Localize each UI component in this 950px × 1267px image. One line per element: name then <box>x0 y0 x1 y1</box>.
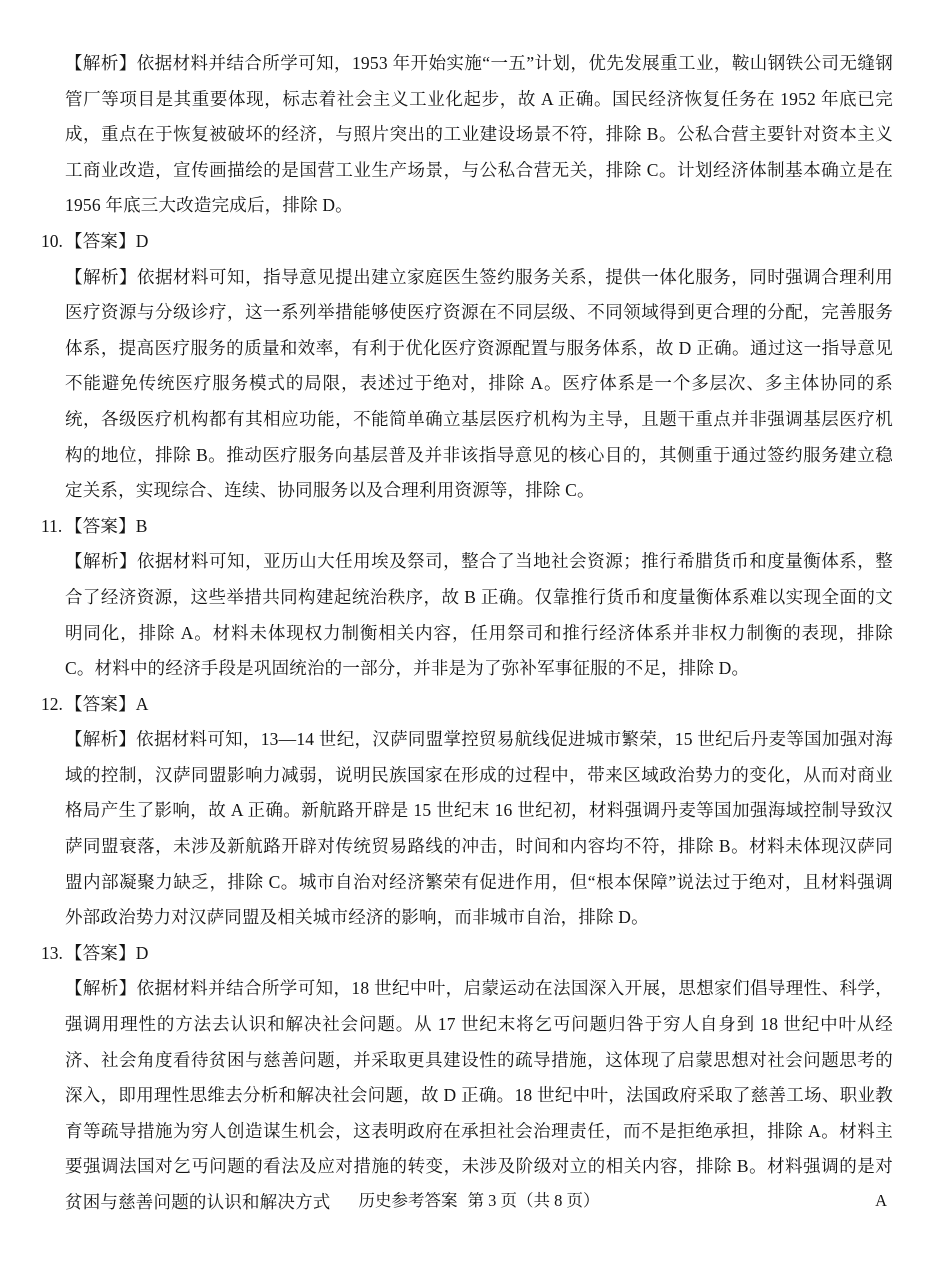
item-number: 12. <box>41 687 63 723</box>
footer-page-info: 历史参考答案第 3 页（共 8 页） <box>65 1186 893 1216</box>
answer-line: 【答案】A <box>65 687 893 723</box>
answer-item-13: 13. 【答案】D 【解析】依据材料并结合所学可知，18 世纪中叶，启蒙运动在法… <box>65 936 893 1221</box>
item-number: 13. <box>41 936 63 972</box>
content-area: 【解析】依据材料并结合所学可知，1953 年开始实施“一五”计划，优先发展重工业… <box>65 46 893 1221</box>
answer-item-10: 10. 【答案】D 【解析】依据材料可知，指导意见提出建立家庭医生签约服务关系，… <box>65 224 893 509</box>
paper-version-letter: A <box>875 1186 887 1216</box>
footer-page-indicator: 第 3 页（共 8 页） <box>468 1191 600 1210</box>
analysis-continuation-paragraph: 【解析】依据材料并结合所学可知，1953 年开始实施“一五”计划，优先发展重工业… <box>65 46 893 224</box>
answer-line: 【答案】B <box>65 509 893 545</box>
item-number: 10. <box>41 224 63 260</box>
analysis-paragraph: 【解析】依据材料可知，13—14 世纪，汉萨同盟掌控贸易航线促进城市繁荣，15 … <box>65 722 893 936</box>
footer-doc-title: 历史参考答案 <box>359 1191 458 1210</box>
answer-line: 【答案】D <box>65 936 893 972</box>
answer-line: 【答案】D <box>65 224 893 260</box>
analysis-paragraph: 【解析】依据材料可知，亚历山大任用埃及祭司，整合了当地社会资源；推行希腊货币和度… <box>65 544 893 686</box>
answer-item-11: 11. 【答案】B 【解析】依据材料可知，亚历山大任用埃及祭司，整合了当地社会资… <box>65 509 893 687</box>
page-footer: 历史参考答案第 3 页（共 8 页） A <box>65 1186 893 1216</box>
analysis-paragraph: 【解析】依据材料并结合所学可知，18 世纪中叶，启蒙运动在法国深入开展，思想家们… <box>65 971 893 1220</box>
answer-sheet-page: 【解析】依据材料并结合所学可知，1953 年开始实施“一五”计划，优先发展重工业… <box>0 0 950 1267</box>
item-number: 11. <box>41 509 62 545</box>
answer-item-12: 12. 【答案】A 【解析】依据材料可知，13—14 世纪，汉萨同盟掌控贸易航线… <box>65 687 893 936</box>
analysis-paragraph: 【解析】依据材料可知，指导意见提出建立家庭医生签约服务关系，提供一体化服务，同时… <box>65 260 893 509</box>
